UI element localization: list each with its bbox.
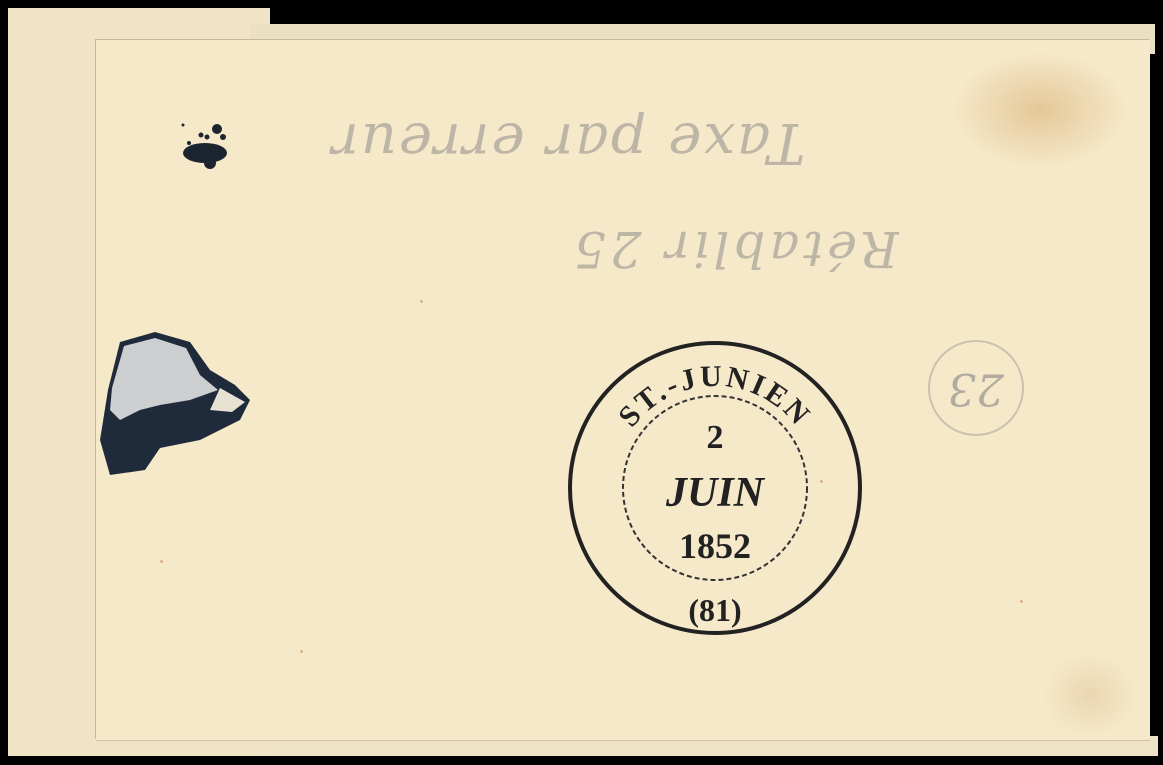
wax-seal-icon [100,330,250,475]
foxing-spot [420,300,423,303]
postmark-month: JUIN [665,470,766,516]
pencil-annotation-lower: Rétablir 25 [570,220,899,278]
pencil-annotation-upper: Taxe par erreur [330,110,805,175]
foxing-spot [300,650,303,653]
postmark-department: (81) [688,592,741,628]
postmark-cancellation: ST.-JUNIEN 2 JUIN 1852 (81) [565,338,865,638]
foxing-stain [1040,650,1140,740]
foxing-spot [160,560,163,563]
postmark-day: 2 [707,419,724,456]
ink-blot-icon [175,115,240,180]
postmark-year: 1852 [679,526,751,566]
pencil-circled-number: 23 [928,340,1024,436]
foxing-spot [1020,600,1023,603]
foxing-stain [950,50,1130,170]
